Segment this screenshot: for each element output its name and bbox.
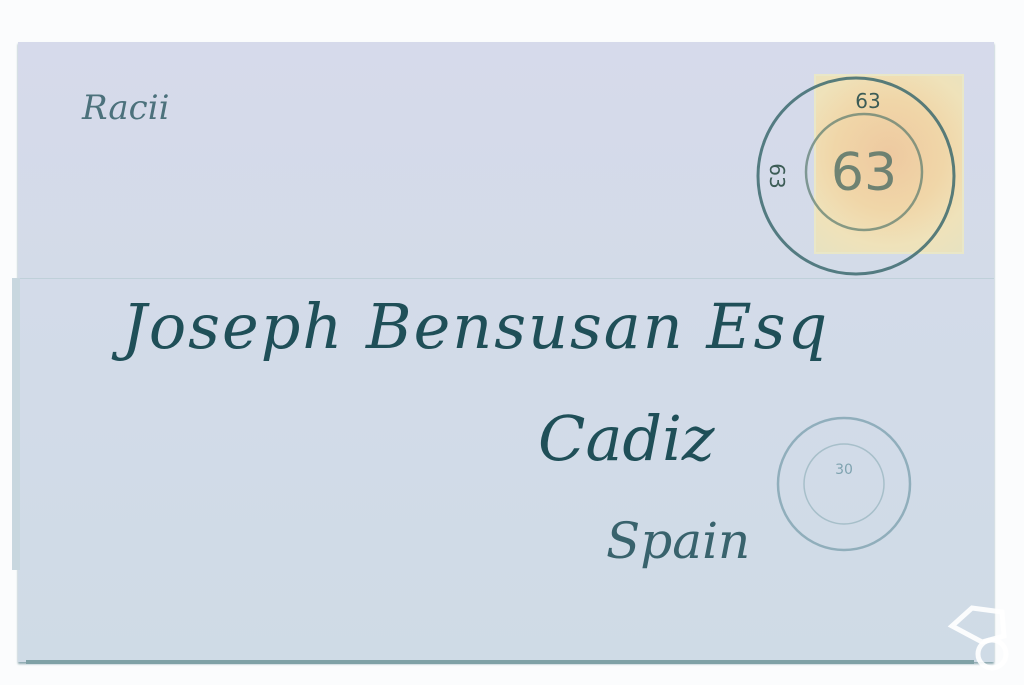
svg-text:63: 63 [765,163,789,188]
svg-text:63: 63 [831,143,897,203]
docket-note: Racii [82,88,169,128]
numeral-cancel: 63 63 63 [746,72,966,282]
svg-text:30: 30 [835,462,853,478]
ebay-camera-watermark-icon [942,596,1022,676]
addressee-city: Cadiz [538,402,715,475]
svg-text:63: 63 [855,89,880,113]
left-flap [12,278,20,570]
arrival-postmark: 30 [766,414,922,554]
addressee-country: Spain [606,512,750,570]
bottom-edge [26,660,974,664]
postal-cover: Racii 63 63 63 Joseph Bensusan Esq Cadiz… [18,42,994,662]
addressee-name: Joseph Bensusan Esq [122,290,829,363]
